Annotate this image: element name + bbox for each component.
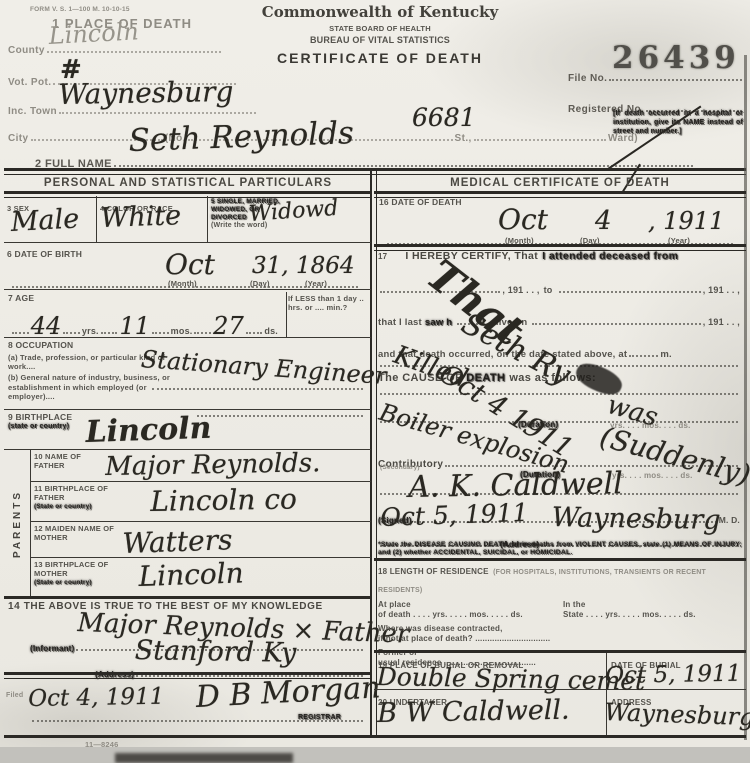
md-label: M. D. <box>719 515 740 526</box>
informant-address-value: Stanford Ky <box>134 635 296 669</box>
age-mos-value: 11 <box>119 312 150 340</box>
age-dots-6 <box>246 319 263 334</box>
certify-l2-b: , 191 . . , <box>703 285 740 296</box>
father-birthplace-value: Lincoln co <box>150 482 297 518</box>
personal-section-title: PERSONAL AND STATISTICAL PARTICULARS <box>8 177 368 189</box>
certify-text: I HEREBY CERTIFY, That <box>405 250 538 262</box>
age-dots-4 <box>152 319 169 334</box>
county-label: County <box>8 45 45 56</box>
inc-town-value: Waynesburg <box>58 75 234 111</box>
father-name-value: Major Reynolds. <box>105 448 321 482</box>
certify-l2-a: , 191 . . , <box>502 285 539 296</box>
certify-l2-to: to <box>544 285 553 296</box>
birthplace-value: Lincoln <box>85 411 212 450</box>
age-yrs-label: yrs. <box>82 326 99 337</box>
mother-birthplace-label: 13 BIRTHPLACE OF MOTHER <box>34 560 119 579</box>
certificate-paper: FORM V. S. 1—100 M. 10-10-15 1 PLACE OF … <box>0 0 750 747</box>
residence-duration-row: At place of death . . . . yrs. . . . . m… <box>378 600 742 620</box>
city-label: City <box>8 133 29 144</box>
dod-year-value: , 1911 <box>648 207 724 235</box>
certify-stamped-text: I attended deceased from <box>542 250 678 262</box>
birthplace-hint: (state or country) <box>8 423 88 432</box>
age-dots-5 <box>194 319 211 334</box>
dob-year-value: 1864 <box>296 253 355 279</box>
st-line <box>474 126 606 141</box>
parents-label: PARENTS <box>12 490 23 558</box>
dob-year-label: (Year) <box>305 279 327 288</box>
dob-label: 6 DATE OF BIRTH <box>7 249 82 259</box>
st-label: St., <box>455 133 472 144</box>
informant-label: (Informant) <box>30 644 74 654</box>
in-state-cell: In the State . . . . yrs. . . . . mos. .… <box>563 600 742 620</box>
in-state-line1: In the <box>563 600 742 610</box>
certificate-title: CERTIFICATE OF DEATH <box>220 50 540 66</box>
file-no-row: File No. <box>568 66 744 84</box>
age-mos-label: mos. <box>171 326 193 337</box>
age-ds-label: ds. <box>264 326 278 337</box>
street-no-value: 6681 <box>412 103 476 132</box>
mother-name-label: 12 MAIDEN NAME OF MOTHER <box>34 524 124 543</box>
attest-rule <box>4 596 371 599</box>
hospital-note: [If death occurred in a hospital or inst… <box>613 110 743 136</box>
certify-l3-stamped: saw h <box>425 317 452 329</box>
mother-birthplace-hint: (State or country) <box>34 579 119 587</box>
certify-l3-dots2 <box>532 310 700 325</box>
residence-label: 18 LENGTH OF RESIDENCE <box>378 567 489 576</box>
bottom-rule <box>4 735 746 738</box>
scan-edge-artifact <box>115 753 293 763</box>
mother-birthplace-value: Lincoln <box>138 556 244 593</box>
age-values-line: 44 yrs. 11 mos. 27 ds. <box>10 312 278 340</box>
undertaker-value: B W Caldwell. <box>377 695 570 729</box>
age-label: 7 AGE <box>8 293 34 304</box>
dob-month-value: Oct <box>165 248 215 281</box>
dod-month-value: Oct <box>498 203 548 236</box>
certify-l3-c: , 191 . . , <box>703 317 740 328</box>
file-no-label: File No. <box>568 73 607 84</box>
filed-date-value: Oct 4, 1911 <box>28 684 165 712</box>
county-value: Lincoln <box>48 17 139 50</box>
certify-line3: that I last saw h alive on , 191 . . , <box>378 310 740 329</box>
in-state-line2: State . . . . yrs. . . . . mos. . . . . … <box>563 610 742 620</box>
dob-day-label: (Day) <box>250 279 270 288</box>
filed-label: Filed <box>6 692 23 701</box>
medical-section-title: MEDICAL CERTIFICATE OF DEATH <box>378 177 742 189</box>
dod-day-value: 4 <box>595 206 612 236</box>
age-yrs-value: 44 <box>31 312 62 340</box>
at-place-line1: At place <box>378 600 563 610</box>
age-dots-1 <box>12 319 29 334</box>
board-title: STATE BOARD OF HEALTH <box>220 24 540 33</box>
scanned-death-certificate: { "scan": { "form_note": "FORM V. S. 1—1… <box>0 0 750 763</box>
inc-town-label: Inc. Town <box>8 106 57 117</box>
father-birthplace-label: 11 BIRTHPLACE OF FATHER <box>34 484 119 503</box>
commonwealth-title: Commonwealth of Kentucky <box>220 3 540 21</box>
father-birthplace-hint: (State or country) <box>34 503 119 511</box>
age-ds-value: 27 <box>213 312 244 340</box>
age-dots-2 <box>63 319 80 334</box>
parents-band: PARENTS <box>4 450 31 598</box>
sex-value: Male <box>10 203 80 238</box>
certify-l2-dots2 <box>559 278 701 293</box>
at-place-cell: At place of death . . . . yrs. . . . . m… <box>378 600 563 620</box>
masthead: Commonwealth of Kentucky STATE BOARD OF … <box>220 3 540 66</box>
race-value: White <box>100 200 182 234</box>
file-no-line <box>609 66 742 81</box>
scan-right-edge <box>744 55 747 740</box>
signed-address-value: Waynesburg <box>551 502 720 536</box>
bureau-title: BUREAU OF VITAL STATISTICS <box>220 35 540 46</box>
contracted-line2: if not at place of death? ..............… <box>378 634 742 644</box>
mother-name-value: Watters <box>122 523 233 560</box>
precinct-label: Vot. Pot. <box>8 77 51 88</box>
registrar-label: REGISTRAR <box>298 714 341 723</box>
at-place-line2: of death . . . . yrs. . . . . mos. . . .… <box>378 610 563 620</box>
dob-day-value: 31, <box>252 253 289 279</box>
age-less-note-text: If LESS than 1 day .. hrs. or .... min.? <box>288 294 368 313</box>
signed-date-value: Oct 5, 1911 <box>380 498 529 532</box>
burial-date-value: Oct 5, 1911 <box>605 661 742 689</box>
form-number-note: FORM V. S. 1—100 M. 10-10-15 <box>30 6 130 14</box>
dob-month-label: (Month) <box>168 279 197 288</box>
age-dots-3 <box>101 319 118 334</box>
violent-note: *State the DISEASE CAUSING DEATH, or in … <box>378 541 742 558</box>
dod-label: 16 DATE OF DEATH <box>379 197 462 208</box>
contracted-line1: Where was disease contracted, <box>378 624 742 634</box>
certify-number: 17 <box>378 252 387 262</box>
scan-background-strip <box>0 747 750 763</box>
father-name-label: 10 NAME OF FATHER <box>34 452 104 471</box>
certify-l3-a: that I last <box>378 317 422 329</box>
